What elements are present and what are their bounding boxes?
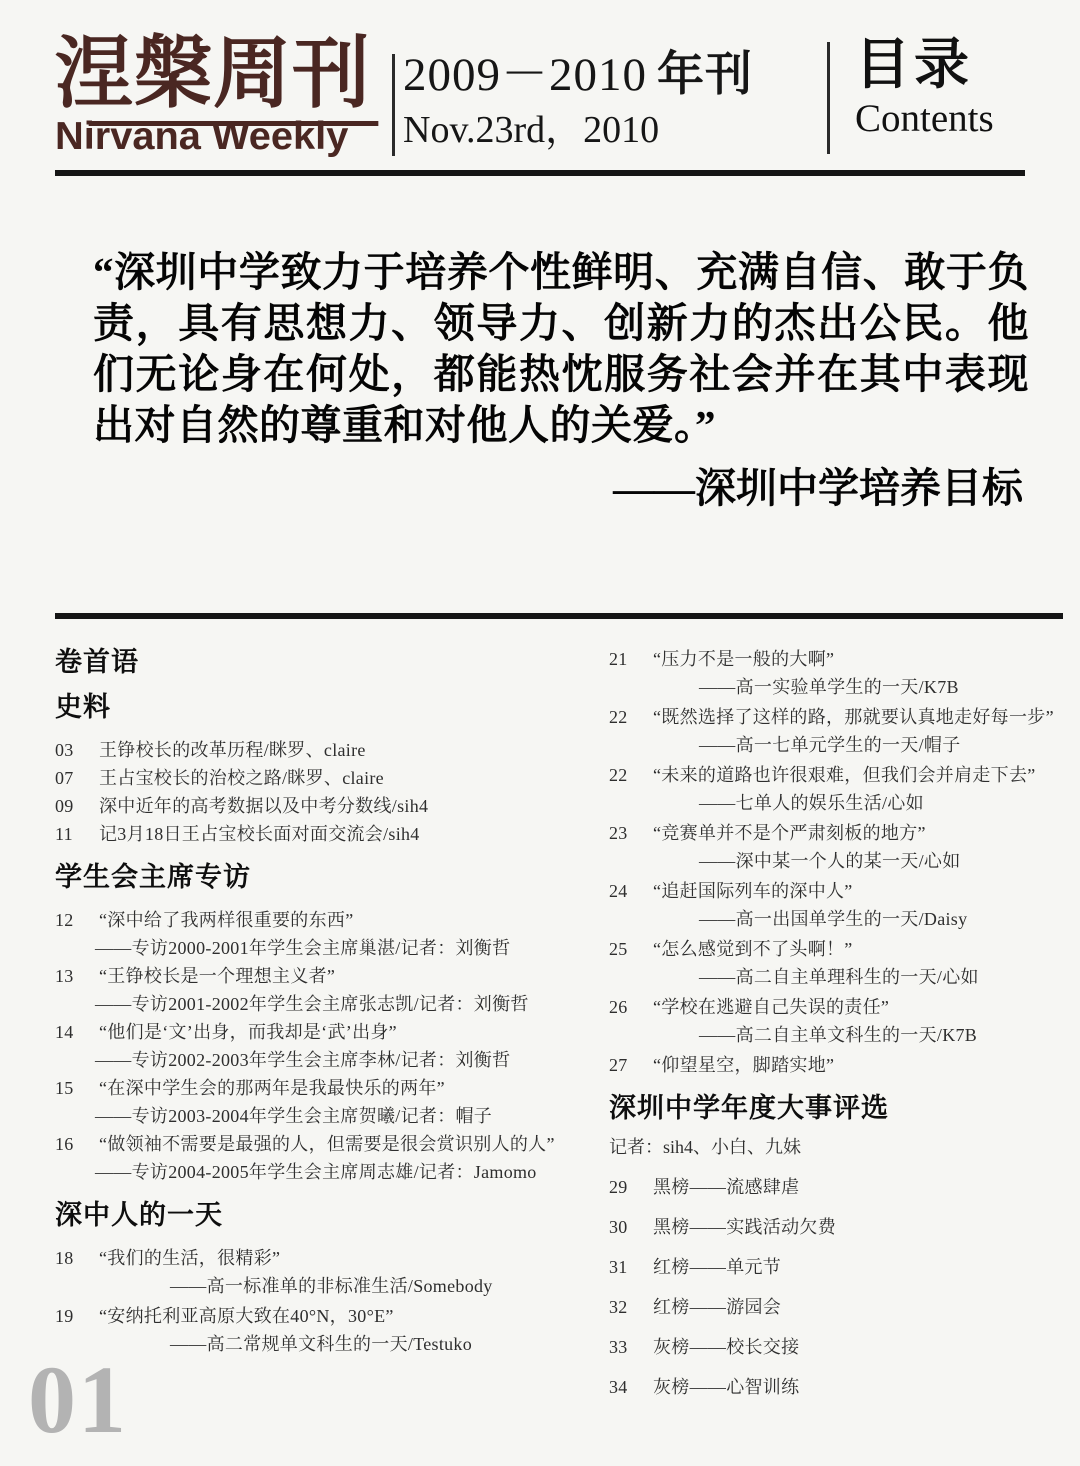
toc-item: 18“我们的生活，很精彩”——高一标准单的非标准生活/Somebody (55, 1244, 563, 1300)
toc-item-subtitle: ——深中某一个人的某一天/心如 (609, 847, 1063, 875)
toc-section-title: 深中人的一天 (55, 1199, 563, 1231)
toc-section-title: 深圳中学年度大事评选 (609, 1092, 1063, 1124)
toc-item-main: 22“既然选择了这样的路，那就要认真地走好每一步” (609, 703, 1063, 731)
toc-item: 14“他们是‘文’出身，而我却是‘武’出身”——专访2002-2003年学生会主… (55, 1018, 563, 1074)
toc-item: 13“王铮校长是一个理想主义者”——专访2001-2002年学生会主席张志凯/记… (55, 962, 563, 1018)
toc-item-title: 黑榜——实践活动欠费 (653, 1213, 1063, 1241)
toc-item-title: 黑榜——流感肆虐 (653, 1173, 1063, 1201)
toc-item-page-number: 31 (609, 1253, 653, 1281)
toc-item-page-number: 23 (609, 819, 653, 847)
toc-item-main: 32红榜——游园会 (609, 1293, 1063, 1321)
toc-item: 11记3月18日王占宝校长面对面交流会/sih4 (55, 820, 563, 848)
toc-section-title: 卷首语 (55, 646, 563, 678)
toc-item-title: “学校在逃避自己失误的责任” (653, 993, 1063, 1021)
toc-item-main: 26“学校在逃避自己失误的责任” (609, 993, 1063, 1021)
toc-item-main: 09深中近年的高考数据以及中考分数线/sih4 (55, 792, 563, 820)
toc-item-main: 33灰榜——校长交接 (609, 1333, 1063, 1361)
table-of-contents: 卷首语史料03王铮校长的改革历程/眯罗、claire07王占宝校长的治校之路/眯… (55, 630, 1063, 1401)
toc-item-page-number: 15 (55, 1074, 99, 1102)
toc-item-page-number: 22 (609, 703, 653, 731)
toc-item-main: 24“追赶国际列车的深中人” (609, 877, 1063, 905)
toc-item-page-number: 13 (55, 962, 99, 990)
toc-section-day-continued: 21“压力不是一般的大啊”——高一实验单学生的一天/K7B22“既然选择了这样的… (609, 630, 1063, 1079)
toc-item-main: 31红榜——单元节 (609, 1253, 1063, 1281)
toc-column-left: 卷首语史料03王铮校长的改革历程/眯罗、claire07王占宝校长的治校之路/眯… (55, 630, 563, 1401)
toc-item-title: 王铮校长的改革历程/眯罗、claire (99, 736, 563, 764)
toc-item-title: “安纳托利亚高原大致在40°N，30°E” (99, 1302, 563, 1330)
toc-item: 26“学校在逃避自己失误的责任”——高二自主单文科生的一天/K7B (609, 993, 1063, 1049)
toc-item-subtitle: ——高一七单元学生的一天/帽子 (609, 731, 1063, 759)
toc-item-main: 12“深中给了我两样很重要的东西” (55, 906, 563, 934)
toc-item-title: “他们是‘文’出身，而我却是‘武’出身” (99, 1018, 563, 1046)
issue-year-suffix: 年刊 (657, 49, 753, 101)
toc-column-right: 21“压力不是一般的大啊”——高一实验单学生的一天/K7B22“既然选择了这样的… (609, 630, 1063, 1401)
toc-item-main: 19“安纳托利亚高原大致在40°N，30°E” (55, 1302, 563, 1330)
toc-item-subtitle: ——高二自主单文科生的一天/K7B (609, 1021, 1063, 1049)
toc-item-main: 07王占宝校长的治校之路/眯罗、claire (55, 764, 563, 792)
toc-section-title: 学生会主席专访 (55, 861, 563, 893)
toc-item-title: “追赶国际列车的深中人” (653, 877, 1063, 905)
toc-item-subtitle: ——七单人的娱乐生活/心如 (609, 789, 1063, 817)
toc-item-page-number: 12 (55, 906, 99, 934)
toc-item: 34灰榜——心智训练 (609, 1373, 1063, 1401)
header-rule (55, 170, 1025, 176)
issue-year: 2009－2010年刊 (403, 50, 753, 102)
toc-item-title: “未来的道路也许很艰难，但我们会并肩走下去” (653, 761, 1063, 789)
toc-item-page-number: 30 (609, 1213, 653, 1241)
toc-item: 27“仰望星空，脚踏实地” (609, 1051, 1063, 1079)
toc-item: 23“竞赛单并不是个严肃刻板的地方”——深中某一个人的某一天/心如 (609, 819, 1063, 875)
toc-item-page-number: 33 (609, 1333, 653, 1361)
toc-item-page-number: 03 (55, 736, 99, 764)
toc-item-page-number: 22 (609, 761, 653, 789)
toc-item-subtitle: ——高二常规单文科生的一天/Testuko (55, 1330, 563, 1358)
toc-item-page-number: 24 (609, 877, 653, 905)
toc-item-title: “做领袖不需要是最强的人，但需要是很会赏识别人的人” (99, 1130, 563, 1158)
toc-item-main: 15“在深中学生会的那两年是我最快乐的两年” (55, 1074, 563, 1102)
toc-item-main: 14“他们是‘文’出身，而我却是‘武’出身” (55, 1018, 563, 1046)
toc-item-page-number: 25 (609, 935, 653, 963)
section-reporters: 记者：sih4、小白、九妹 (609, 1133, 1063, 1161)
toc-item-page-number: 32 (609, 1293, 653, 1321)
toc-item-main: 13“王铮校长是一个理想主义者” (55, 962, 563, 990)
toc-item-page-number: 14 (55, 1018, 99, 1046)
toc-item-title: “我们的生活，很精彩” (99, 1244, 563, 1272)
toc-item-subtitle: ——高一出国单学生的一天/Daisy (609, 905, 1063, 933)
magazine-logo: 涅槃周刊 Nirvana Weekly (55, 34, 375, 156)
toc-item-title: 灰榜——心智训练 (653, 1373, 1063, 1401)
toc-item-page-number: 29 (609, 1173, 653, 1201)
quote-text: “深圳中学致力于培养个性鲜明、充满自信、敢于负责，具有思想力、领导力、创新力的杰… (93, 247, 1029, 451)
toc-item: 25“怎么感觉到不了头啊！”——高二自主单理科生的一天/心如 (609, 935, 1063, 991)
toc-item-main: 34灰榜——心智训练 (609, 1373, 1063, 1401)
toc-item-subtitle: ——专访2003-2004年学生会主席贺曦/记者：帽子 (55, 1102, 563, 1130)
toc-item-subtitle: ——高一实验单学生的一天/K7B (609, 673, 1063, 701)
contents-title-english: Contents (855, 98, 994, 141)
toc-item-title: “竞赛单并不是个严肃刻板的地方” (653, 819, 1063, 847)
toc-item-subtitle: ——专访2001-2002年学生会主席张志凯/记者：刘衡哲 (55, 990, 563, 1018)
toc-item-title: “怎么感觉到不了头啊！” (653, 935, 1063, 963)
toc-item-page-number: 09 (55, 792, 99, 820)
toc-item-subtitle: ——专访2002-2003年学生会主席李林/记者：刘衡哲 (55, 1046, 563, 1074)
contents-title-chinese: 目录 (855, 36, 994, 94)
toc-item-main: 18“我们的生活，很精彩” (55, 1244, 563, 1272)
toc-item-main: 03王铮校长的改革历程/眯罗、claire (55, 736, 563, 764)
toc-section-preface: 卷首语 (55, 646, 563, 678)
toc-item-subtitle: ——高一标准单的非标准生活/Somebody (55, 1272, 563, 1300)
toc-item-main: 22“未来的道路也许很艰难，但我们会并肩走下去” (609, 761, 1063, 789)
magazine-contents-page: { "header": { "logo_cn": "涅槃周刊", "logo_e… (0, 0, 1080, 1466)
toc-section-title: 史料 (55, 691, 563, 723)
toc-section-history: 史料03王铮校长的改革历程/眯罗、claire07王占宝校长的治校之路/眯罗、c… (55, 691, 563, 848)
toc-item-main: 16“做领袖不需要是最强的人，但需要是很会赏识别人的人” (55, 1130, 563, 1158)
toc-item-title: “压力不是一般的大啊” (653, 645, 1063, 673)
toc-item: 16“做领袖不需要是最强的人，但需要是很会赏识别人的人”——专访2004-200… (55, 1130, 563, 1186)
toc-item: 22“既然选择了这样的路，那就要认真地走好每一步”——高一七单元学生的一天/帽子 (609, 703, 1063, 759)
toc-item-title: 记3月18日王占宝校长面对面交流会/sih4 (99, 820, 563, 848)
toc-item: 32红榜——游园会 (609, 1293, 1063, 1321)
toc-item: 03王铮校长的改革历程/眯罗、claire (55, 736, 563, 764)
masthead-divider-right (827, 42, 830, 154)
toc-item-subtitle: ——专访2000-2001年学生会主席巢湛/记者：刘衡哲 (55, 934, 563, 962)
toc-item-title: 灰榜——校长交接 (653, 1333, 1063, 1361)
toc-item-main: 27“仰望星空，脚踏实地” (609, 1051, 1063, 1079)
masthead: 涅槃周刊 Nirvana Weekly 2009－2010年刊 Nov.23rd… (55, 34, 1025, 166)
toc-item: 12“深中给了我两样很重要的东西”——专访2000-2001年学生会主席巢湛/记… (55, 906, 563, 962)
toc-item: 22“未来的道路也许很艰难，但我们会并肩走下去”——七单人的娱乐生活/心如 (609, 761, 1063, 817)
toc-section-events: 深圳中学年度大事评选记者：sih4、小白、九妹29黑榜——流感肆虐30黑榜——实… (609, 1092, 1063, 1401)
toc-item: 07王占宝校长的治校之路/眯罗、claire (55, 764, 563, 792)
toc-item: 24“追赶国际列车的深中人”——高一出国单学生的一天/Daisy (609, 877, 1063, 933)
toc-item-title: 红榜——游园会 (653, 1293, 1063, 1321)
contents-label: 目录 Contents (855, 36, 994, 141)
toc-item: 30黑榜——实践活动欠费 (609, 1213, 1063, 1241)
toc-item-page-number: 26 (609, 993, 653, 1021)
toc-item-title: 王占宝校长的治校之路/眯罗、claire (99, 764, 563, 792)
toc-item-page-number: 34 (609, 1373, 653, 1401)
issue-info: 2009－2010年刊 Nov.23rd，2010 (403, 50, 753, 151)
toc-item-title: “深中给了我两样很重要的东西” (99, 906, 563, 934)
toc-section-interviews: 学生会主席专访12“深中给了我两样很重要的东西”——专访2000-2001年学生… (55, 861, 563, 1186)
quote-attribution: ——深圳中学培养目标 (93, 464, 1029, 512)
toc-item-main: 29黑榜——流感肆虐 (609, 1173, 1063, 1201)
toc-item-title: 红榜——单元节 (653, 1253, 1063, 1281)
toc-item: 21“压力不是一般的大啊”——高一实验单学生的一天/K7B (609, 645, 1063, 701)
toc-item-page-number: 16 (55, 1130, 99, 1158)
issue-year-range: 2009－2010 (403, 49, 647, 101)
toc-item-main: 23“竞赛单并不是个严肃刻板的地方” (609, 819, 1063, 847)
toc-item-page-number: 27 (609, 1051, 653, 1079)
toc-item-main: 21“压力不是一般的大啊” (609, 645, 1063, 673)
toc-item-page-number: 18 (55, 1244, 99, 1272)
toc-item-page-number: 21 (609, 645, 653, 673)
toc-section-day: 深中人的一天18“我们的生活，很精彩”——高一标准单的非标准生活/Somebod… (55, 1199, 563, 1358)
toc-item: 15“在深中学生会的那两年是我最快乐的两年”——专访2003-2004年学生会主… (55, 1074, 563, 1130)
school-mission-quote: “深圳中学致力于培养个性鲜明、充满自信、敢于负责，具有思想力、领导力、创新力的杰… (93, 247, 1029, 512)
masthead-divider-left (392, 54, 395, 156)
toc-item-title: “王铮校长是一个理想主义者” (99, 962, 563, 990)
toc-item: 33灰榜——校长交接 (609, 1333, 1063, 1361)
toc-item-title: 深中近年的高考数据以及中考分数线/sih4 (99, 792, 563, 820)
toc-item-subtitle: ——专访2004-2005年学生会主席周志雄/记者：Jamomo (55, 1158, 563, 1186)
toc-item-title: “仰望星空，脚踏实地” (653, 1051, 1063, 1079)
page-number: 01 (28, 1352, 128, 1448)
toc-item: 31红榜——单元节 (609, 1253, 1063, 1281)
toc-item: 29黑榜——流感肆虐 (609, 1173, 1063, 1201)
toc-item: 09深中近年的高考数据以及中考分数线/sih4 (55, 792, 563, 820)
toc-item: 19“安纳托利亚高原大致在40°N，30°E”——高二常规单文科生的一天/Tes… (55, 1302, 563, 1358)
toc-item-title: “既然选择了这样的路，那就要认真地走好每一步” (653, 703, 1063, 731)
magazine-logo-english: Nirvana Weekly (55, 117, 381, 156)
toc-item-page-number: 11 (55, 820, 99, 848)
magazine-logo-chinese: 涅槃周刊 (55, 34, 375, 114)
toc-item-main: 30黑榜——实践活动欠费 (609, 1213, 1063, 1241)
toc-item-page-number: 07 (55, 764, 99, 792)
toc-item-main: 25“怎么感觉到不了头啊！” (609, 935, 1063, 963)
toc-item-title: “在深中学生会的那两年是我最快乐的两年” (99, 1074, 563, 1102)
toc-item-main: 11记3月18日王占宝校长面对面交流会/sih4 (55, 820, 563, 848)
toc-item-subtitle: ——高二自主单理科生的一天/心如 (609, 963, 1063, 991)
toc-item-page-number: 19 (55, 1302, 99, 1330)
contents-rule (55, 613, 1063, 619)
issue-date: Nov.23rd，2010 (403, 110, 753, 152)
